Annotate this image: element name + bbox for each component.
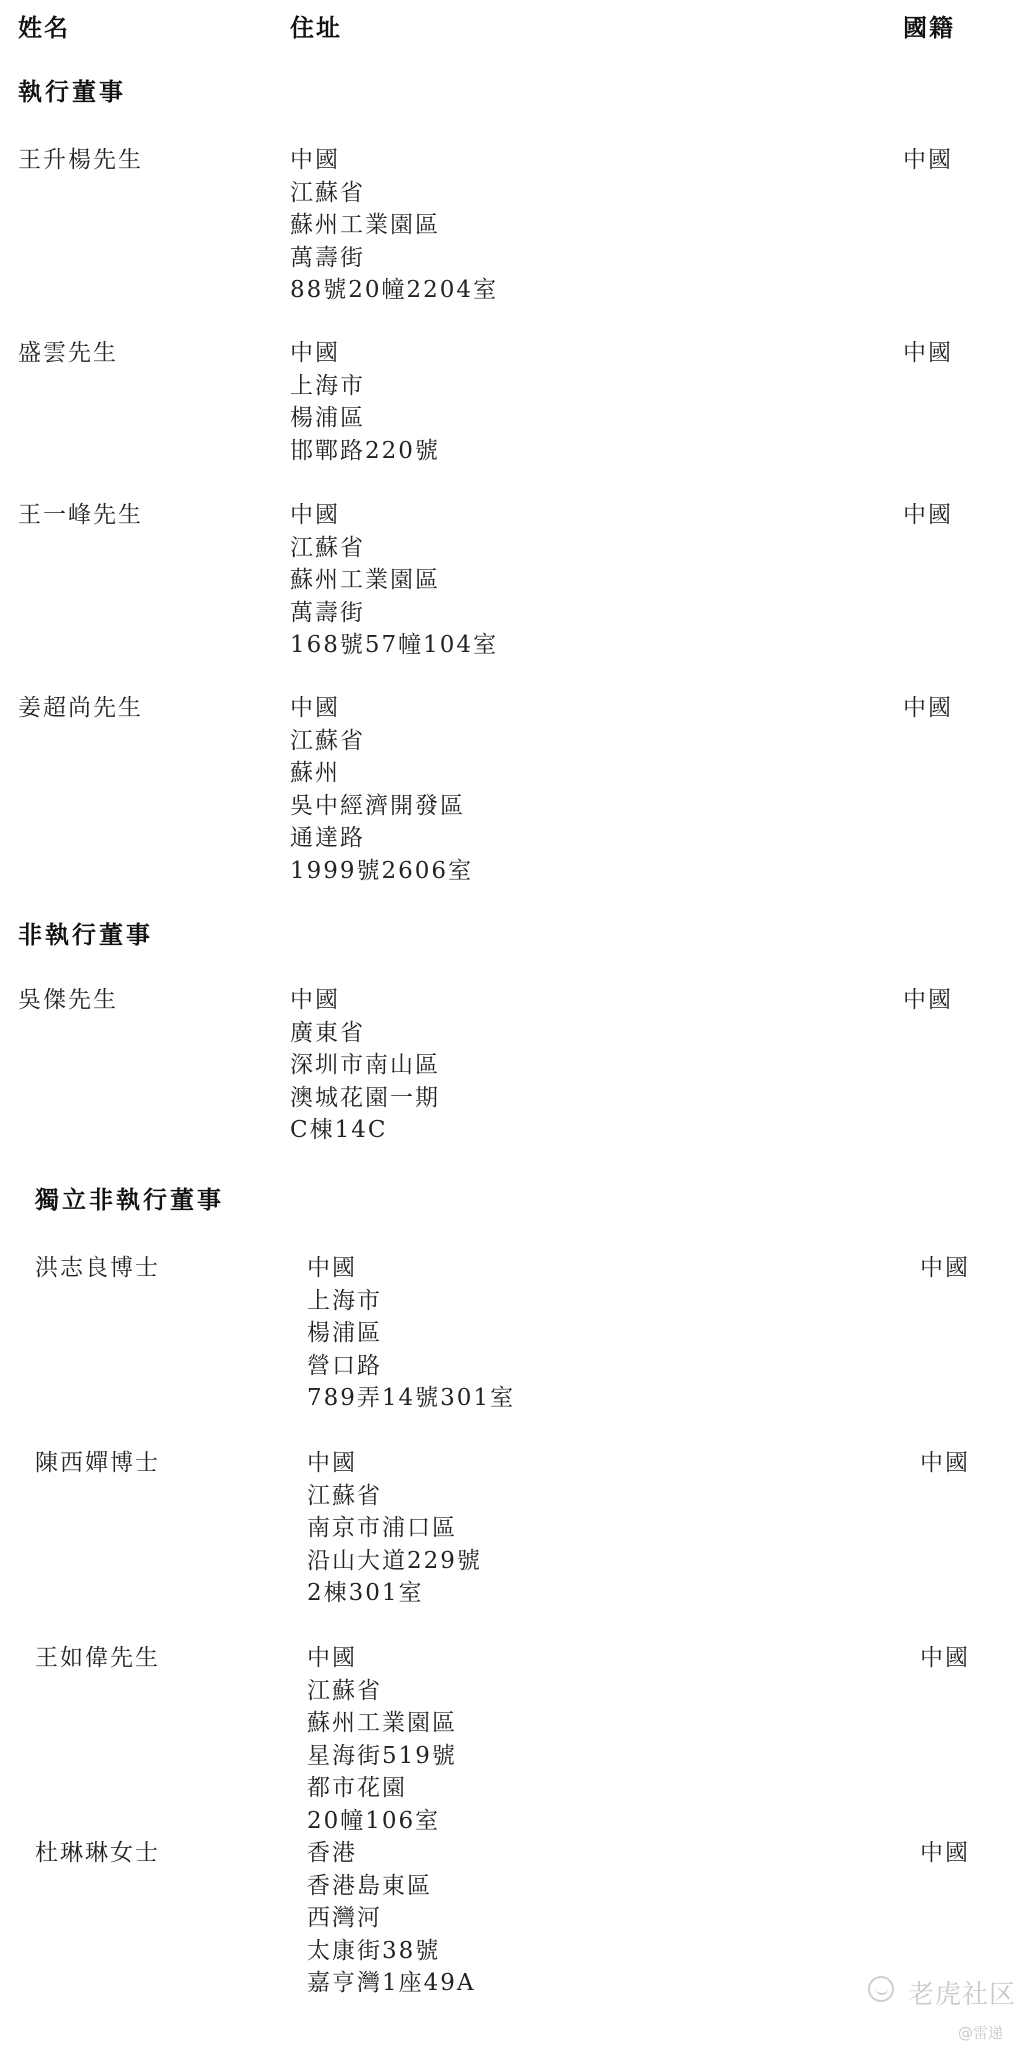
address-line: 2棟301室	[307, 1577, 482, 1610]
address-line: 上海市	[290, 370, 440, 403]
watermark-brand: 老虎社区	[908, 1974, 1016, 2011]
address-line: 江蘇省	[307, 1675, 457, 1708]
director-address: 中國 廣東省 深圳市南山區 澳城花園一期 C棟14C	[290, 984, 440, 1147]
address-line: 深圳市南山區	[290, 1049, 440, 1082]
director-address: 香港 香港島東區 西灣河 太康街38號 嘉亨灣1座49A	[307, 1837, 476, 2000]
director-name: 姜超尚先生	[18, 692, 143, 725]
section-title-independent-non-executive-directors: 獨立非執行董事	[35, 1184, 224, 1216]
address-line: 萬壽街	[290, 597, 498, 630]
director-name: 吳傑先生	[18, 984, 118, 1017]
director-address: 中國 上海市 楊浦區 邯鄲路220號	[290, 337, 440, 467]
address-line: 香港	[307, 1837, 476, 1870]
director-nationality: 中國	[903, 337, 953, 370]
address-line: 蘇州	[290, 757, 473, 790]
director-name: 陳西嬋博士	[35, 1447, 160, 1480]
tiger-community-logo-icon	[868, 1976, 894, 2002]
address-line: 太康街38號	[307, 1935, 476, 1968]
address-line: 蘇州工業園區	[307, 1707, 457, 1740]
address-line: 中國	[290, 499, 498, 532]
director-address: 中國 江蘇省 蘇州 吳中經濟開發區 通達路 1999號2606室	[290, 692, 473, 887]
column-header-address: 住址	[290, 12, 342, 44]
director-address: 中國 江蘇省 南京市浦口區 沿山大道229號 2棟301室	[307, 1447, 482, 1610]
address-line: 南京市浦口區	[307, 1512, 482, 1545]
column-header-name: 姓名	[18, 12, 70, 44]
section-title-non-executive-directors: 非執行董事	[18, 919, 153, 951]
director-name: 杜琳琳女士	[35, 1837, 160, 1870]
address-line: 西灣河	[307, 1902, 476, 1935]
address-line: 香港島東區	[307, 1870, 476, 1903]
address-line: 楊浦區	[307, 1317, 515, 1350]
director-name: 盛雲先生	[18, 337, 118, 370]
address-line: 1999號2606室	[290, 855, 473, 888]
column-header-nationality: 國籍	[903, 12, 955, 44]
address-line: C棟14C	[290, 1114, 440, 1147]
address-line: 江蘇省	[290, 177, 498, 210]
address-line: 中國	[290, 692, 473, 725]
address-line: 中國	[290, 984, 440, 1017]
director-address: 中國 江蘇省 蘇州工業園區 萬壽街 88號20幢2204室	[290, 144, 498, 307]
director-name: 洪志良博士	[35, 1252, 160, 1285]
address-line: 168號57幢104室	[290, 629, 498, 662]
address-line: 澳城花園一期	[290, 1082, 440, 1115]
address-line: 20幢106室	[307, 1805, 457, 1838]
address-line: 邯鄲路220號	[290, 435, 440, 468]
address-line: 嘉亨灣1座49A	[307, 1967, 476, 2000]
director-nationality: 中國	[920, 1837, 970, 1870]
address-line: 江蘇省	[307, 1480, 482, 1513]
address-line: 萬壽街	[290, 242, 498, 275]
director-nationality: 中國	[920, 1447, 970, 1480]
director-nationality: 中國	[903, 692, 953, 725]
address-line: 沿山大道229號	[307, 1545, 482, 1578]
director-name: 王如偉先生	[35, 1642, 160, 1675]
address-line: 上海市	[307, 1285, 515, 1318]
address-line: 蘇州工業園區	[290, 209, 498, 242]
director-nationality: 中國	[903, 499, 953, 532]
director-address: 中國 上海市 楊浦區 營口路 789弄14號301室	[307, 1252, 515, 1415]
director-nationality: 中國	[903, 144, 953, 177]
director-name: 王升楊先生	[18, 144, 143, 177]
address-line: 中國	[307, 1447, 482, 1480]
watermark-author: @雷递	[958, 2022, 1003, 2043]
address-line: 都市花園	[307, 1772, 457, 1805]
address-line: 蘇州工業園區	[290, 564, 498, 597]
address-line: 吳中經濟開發區	[290, 790, 473, 823]
address-line: 星海街519號	[307, 1740, 457, 1773]
address-line: 789弄14號301室	[307, 1382, 515, 1415]
address-line: 營口路	[307, 1350, 515, 1383]
director-nationality: 中國	[920, 1252, 970, 1285]
address-line: 中國	[290, 337, 440, 370]
director-name: 王一峰先生	[18, 499, 143, 532]
director-address: 中國 江蘇省 蘇州工業園區 萬壽街 168號57幢104室	[290, 499, 498, 662]
address-line: 江蘇省	[290, 532, 498, 565]
director-nationality: 中國	[920, 1642, 970, 1675]
address-line: 88號20幢2204室	[290, 274, 498, 307]
address-line: 江蘇省	[290, 725, 473, 758]
address-line: 中國	[290, 144, 498, 177]
director-nationality: 中國	[903, 984, 953, 1017]
address-line: 楊浦區	[290, 402, 440, 435]
address-line: 廣東省	[290, 1017, 440, 1050]
section-title-executive-directors: 執行董事	[18, 76, 126, 108]
address-line: 中國	[307, 1642, 457, 1675]
director-address: 中國 江蘇省 蘇州工業園區 星海街519號 都市花園 20幢106室	[307, 1642, 457, 1837]
address-line: 通達路	[290, 822, 473, 855]
address-line: 中國	[307, 1252, 515, 1285]
